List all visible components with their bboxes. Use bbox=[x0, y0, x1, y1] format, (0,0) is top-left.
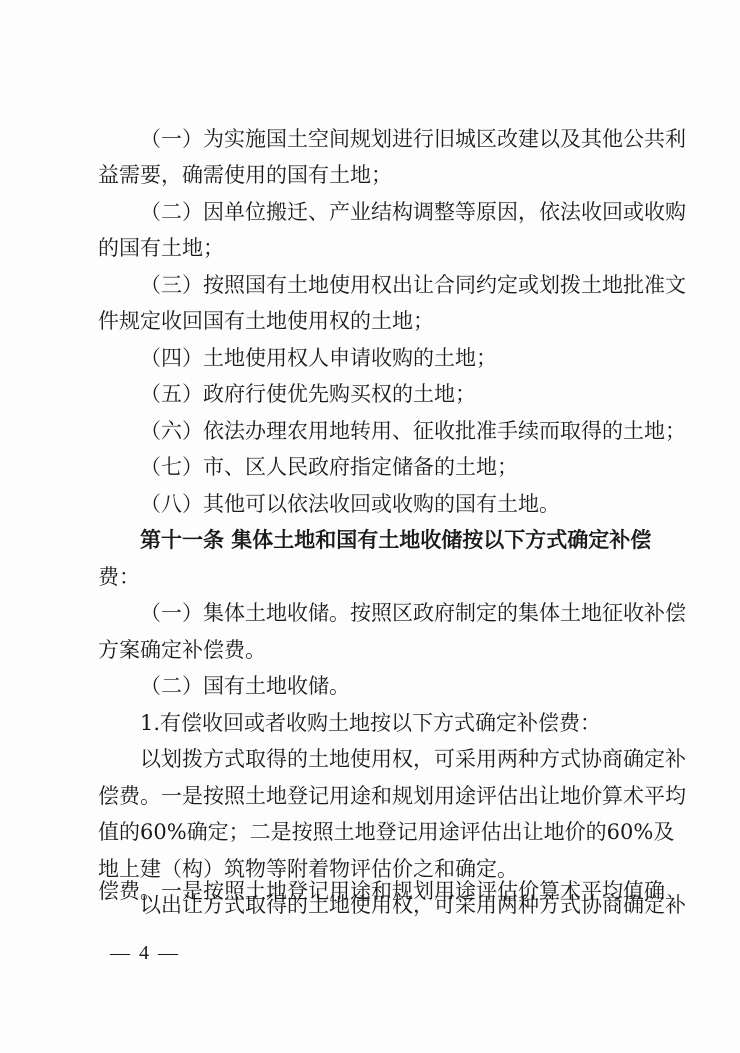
text-line: 偿费。一是按照土地登记用途和规划用途评估价算术平均值确 bbox=[98, 876, 641, 906]
text-line: （七）市、区人民政府指定储备的土地； bbox=[140, 452, 641, 482]
text-line: （一）集体土地收储。按照区政府制定的集体土地征收补偿 bbox=[140, 598, 641, 628]
text-line: 值的60%确定；二是按照土地登记用途评估出让地价的60%及 bbox=[98, 817, 641, 847]
text-line: 益需要，确需使用的国有土地； bbox=[98, 160, 641, 190]
text-line: 方案确定补偿费。 bbox=[98, 635, 641, 665]
text-line: 件规定收回国有土地使用权的土地； bbox=[98, 306, 641, 336]
text-line: 1.有偿收回或者收购土地按以下方式确定补偿费： bbox=[140, 708, 641, 738]
text-line: （一）为实施国土空间规划进行旧城区改建以及其他公共利 bbox=[140, 124, 641, 154]
text-line: （三）按照国有土地使用权出让合同约定或划拨土地批准文 bbox=[140, 270, 641, 300]
text-line: （八）其他可以依法收回或收购的国有土地。 bbox=[140, 489, 641, 519]
document-page: （一）为实施国土空间规划进行旧城区改建以及其他公共利益需要，确需使用的国有土地；… bbox=[0, 0, 740, 1053]
article-heading-line: 第十一条 集体土地和国有土地收储按以下方式确定补偿 bbox=[140, 525, 641, 555]
text-line: （六）依法办理农用地转用、征收批准手续而取得的土地； bbox=[140, 416, 641, 446]
page-number: — 4 — bbox=[110, 938, 180, 968]
text-line: 以划拨方式取得的土地使用权，可采用两种方式协商确定补 bbox=[140, 744, 641, 774]
text-line: 的国有土地； bbox=[98, 233, 641, 263]
text-line: （四）土地使用权人申请收购的土地； bbox=[140, 343, 641, 373]
text-line: 费： bbox=[98, 562, 641, 592]
text-line: 偿费。一是按照土地登记用途和规划用途评估出让地价算术平均 bbox=[98, 781, 641, 811]
text-line: （五）政府行使优先购买权的土地； bbox=[140, 379, 641, 409]
text-line: （二）因单位搬迁、产业结构调整等原因，依法收回或收购 bbox=[140, 197, 641, 227]
text-line: （二）国有土地收储。 bbox=[140, 671, 641, 701]
